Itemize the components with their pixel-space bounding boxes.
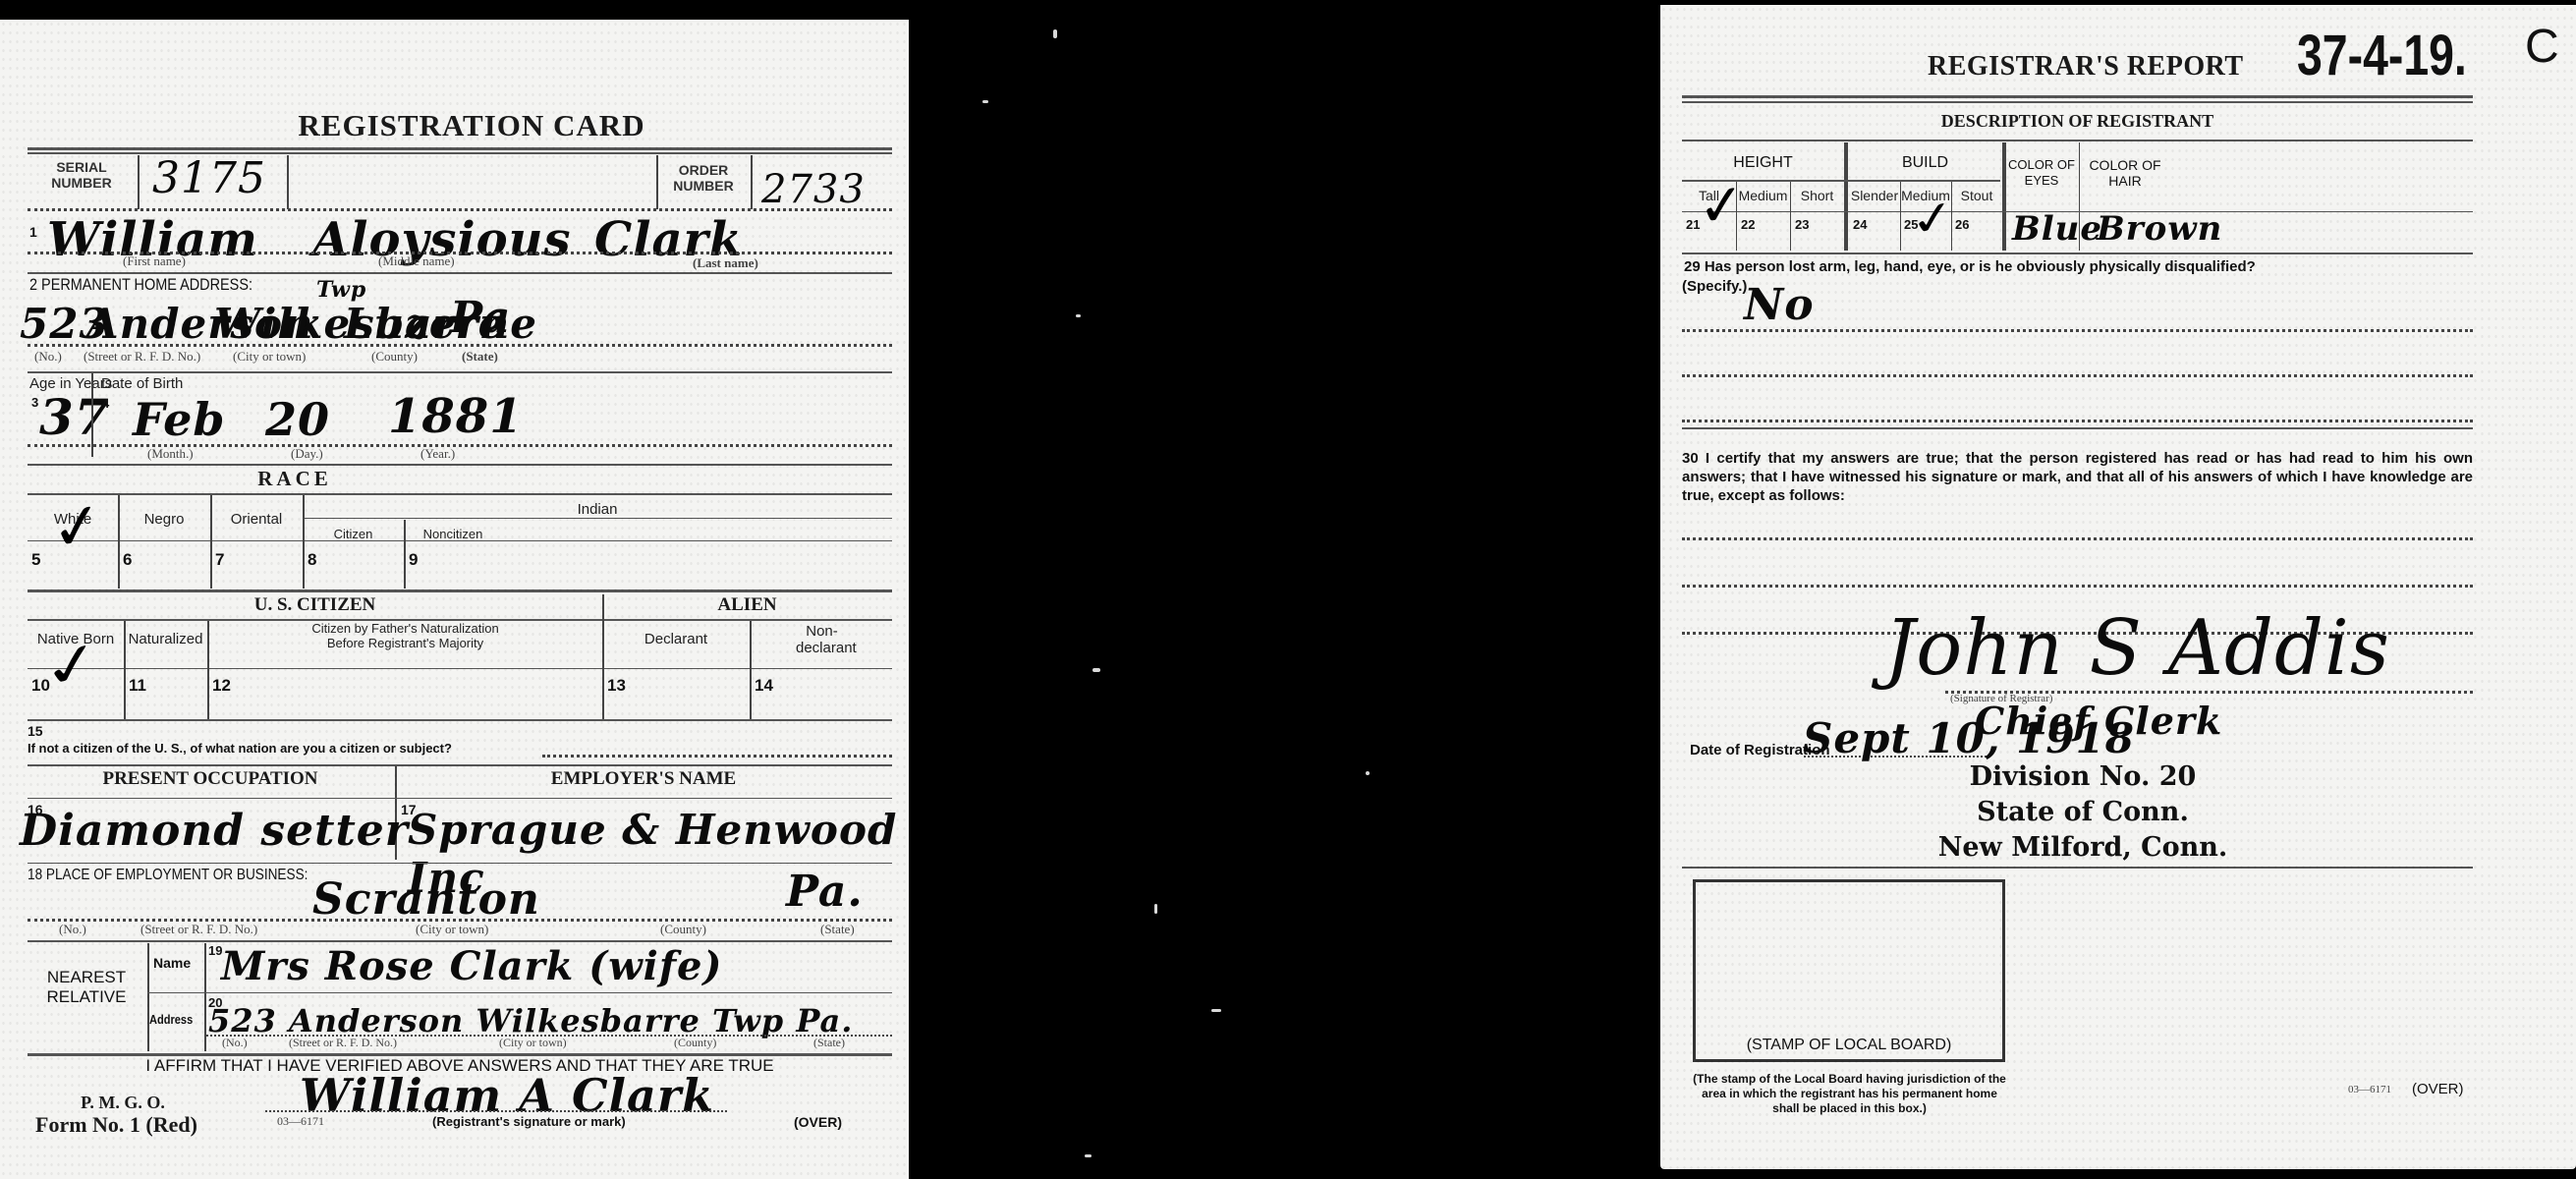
item-number-12: 12 [212, 676, 231, 696]
item-number-3: 3 [31, 395, 38, 410]
scan-speck [1211, 1009, 1221, 1012]
race-indian-noncitizen-label: Noncitizen [404, 527, 502, 541]
relative-name-label: Name [153, 955, 191, 971]
date-of-birth-label: Date of Birth [101, 375, 183, 392]
home-address-label: 2 PERMANENT HOME ADDRESS: [29, 275, 252, 295]
item-number-4: 4 [102, 396, 109, 411]
birth-month-value: Feb [133, 393, 226, 446]
relative-county-label: (County) [674, 1036, 716, 1050]
declarant-label: Declarant [602, 631, 750, 647]
birth-year-value: 1881 [388, 389, 524, 444]
us-citizen-heading: U. S. CITIZEN [28, 594, 602, 616]
build-slender-label: Slender [1849, 188, 1900, 203]
relative-city-label: (City or town) [499, 1036, 567, 1050]
item-number-24: 24 [1853, 217, 1867, 232]
address-street-label: (Street or R. F. D. No.) [84, 349, 200, 365]
birth-day-label: (Day.) [291, 446, 323, 462]
division-stamp-line-3: New Milford, Conn. [1896, 832, 2269, 863]
report-form-code: 03—6171 [2348, 1084, 2391, 1095]
middle-name-label: (Middle name) [378, 253, 455, 269]
place-county-label: (County) [660, 922, 706, 937]
item-number-6: 6 [123, 550, 132, 570]
relative-no-label: (No.) [222, 1036, 248, 1050]
naturalized-label: Naturalized [124, 631, 207, 647]
eye-color-heading: COLOR OF EYES [2006, 157, 2077, 189]
over-label: (OVER) [794, 1114, 842, 1130]
alien-heading: ALIEN [602, 594, 892, 616]
item-number-9: 9 [409, 550, 418, 570]
race-negro-label: Negro [118, 511, 210, 528]
date-of-registration-value: Sept 10, 1918 [1803, 714, 2135, 762]
serial-label-line-1: SERIAL [28, 159, 136, 175]
age-value: 37 [39, 388, 110, 446]
item-number-5: 5 [31, 550, 40, 570]
height-short-label: Short [1790, 188, 1844, 203]
report-over-label: (OVER) [2412, 1081, 2464, 1097]
place-city-value: Scranton [312, 874, 540, 925]
stamp-box-label: (STAMP OF LOCAL BOARD) [1693, 1037, 2005, 1054]
card-title: REGISTRATION CARD [285, 108, 658, 143]
registrar-signature: John S Addis [1884, 604, 2390, 693]
height-tall-checkmark-icon: ✓ [1695, 170, 1748, 241]
relative-street-label: (Street or R. F. D. No.) [289, 1036, 397, 1050]
report-stamp-number: 37-4-19. [2297, 23, 2467, 88]
first-name-label: (First name) [123, 253, 186, 269]
question-29-text: 29 Has person lost arm, leg, hand, eye, … [1684, 258, 2460, 275]
scan-speck [1366, 771, 1370, 775]
item-number-23: 23 [1795, 217, 1809, 232]
build-heading: BUILD [1849, 154, 2001, 172]
place-no-label: (No.) [59, 922, 86, 937]
race-indian-label: Indian [303, 501, 892, 518]
place-state-label: (State) [820, 922, 855, 937]
birth-day-value: 20 [265, 393, 330, 446]
order-label-line-1: ORDER [658, 162, 749, 178]
pmgo-label: P. M. G. O. [29, 1093, 216, 1113]
scan-speck [1076, 314, 1081, 317]
race-indian-citizen-label: Citizen [303, 527, 404, 541]
citizen-by-father-label: Citizen by Father's Naturalization Befor… [211, 621, 599, 650]
birth-month-label: (Month.) [147, 446, 194, 462]
height-heading: HEIGHT [1682, 154, 1844, 172]
scan-speck [1053, 29, 1057, 38]
division-stamp-line-1: Division No. 20 [1916, 761, 2250, 792]
address-state-value: Pa [450, 293, 511, 343]
place-state-value: Pa. [786, 867, 864, 917]
build-stout-label: Stout [1951, 188, 2002, 203]
division-stamp-line-2: State of Conn. [1916, 797, 2250, 827]
place-street-label: (Street or R. F. D. No.) [140, 922, 257, 937]
hair-color-heading: COLOR OF HAIR [2081, 157, 2169, 189]
eye-color-value: Blue [2012, 209, 2102, 249]
place-of-employment-label: 18 PLACE OF EMPLOYMENT OR BUSINESS: [28, 867, 308, 884]
report-title: REGISTRAR'S REPORT [1928, 51, 2244, 83]
birth-year-label: (Year.) [420, 446, 455, 462]
nearest-relative-label: NEAREST RELATIVE [28, 968, 145, 1007]
last-name-label: (Last name) [693, 255, 758, 271]
occupation-heading: PRESENT OCCUPATION [28, 768, 393, 790]
form-number-label: Form No. 1 (Red) [35, 1112, 197, 1138]
description-heading: DESCRIPTION OF REGISTRANT [1682, 111, 2473, 132]
non-declarant-label: Non-declarant [752, 623, 892, 656]
relative-name-value: Mrs Rose Clark (wife) [221, 943, 722, 989]
scan-speck [1154, 904, 1157, 914]
corner-letter: C [2525, 20, 2559, 74]
item-number-15: 15 [28, 723, 43, 739]
race-white-checkmark-icon: ✓ [46, 488, 108, 568]
relative-state-label: (State) [813, 1036, 845, 1050]
order-number-value: 2733 [761, 167, 866, 212]
question-30-text: 30 I certify that my answers are true; t… [1682, 449, 2473, 505]
registration-card: REGISTRATION CARD SERIAL NUMBER 3175 ORD… [0, 20, 909, 1179]
item-number-13: 13 [607, 676, 626, 696]
signature-label: (Registrant's signature or mark) [432, 1114, 626, 1129]
address-county-label: (County) [371, 349, 418, 365]
item-number-7: 7 [215, 550, 224, 570]
serial-label-line-2: NUMBER [28, 175, 136, 191]
scan-speck [1085, 1154, 1092, 1157]
address-no-label: (No.) [34, 349, 62, 365]
scan-speck [1092, 668, 1100, 672]
item-number-1: 1 [29, 224, 37, 240]
race-oriental-label: Oriental [210, 511, 303, 528]
build-medium-checkmark-icon: ✓ [1906, 188, 1960, 248]
item-number-11: 11 [129, 676, 146, 696]
occupation-value: Diamond setter [20, 806, 409, 856]
nation-question-label: If not a citizen of the U. S., of what n… [28, 741, 452, 756]
order-label-line-2: NUMBER [658, 178, 749, 194]
serial-number-value: 3175 [152, 153, 266, 203]
question-29-answer: No [1744, 280, 1815, 330]
address-city-label: (City or town) [233, 349, 306, 365]
item-number-8: 8 [308, 550, 316, 570]
item-number-14: 14 [755, 676, 773, 696]
question-29-specify-label: (Specify.) [1682, 278, 1747, 295]
employer-heading: EMPLOYER'S NAME [395, 768, 892, 790]
order-number-label: ORDER NUMBER [658, 162, 749, 194]
local-board-stamp-box [1693, 879, 2005, 1062]
place-city-label: (City or town) [416, 922, 488, 937]
race-heading: RACE [226, 467, 364, 491]
scan-speck [982, 100, 988, 103]
relative-address-label: Address [149, 1012, 193, 1027]
form-code: 03—6171 [277, 1114, 324, 1129]
registrars-report-card: REGISTRAR'S REPORT 37-4-19. C DESCRIPTIO… [1660, 5, 2576, 1169]
address-state-label: (State) [462, 349, 498, 365]
serial-number-label: SERIAL NUMBER [28, 159, 136, 191]
hair-color-value: Brown [2097, 209, 2222, 249]
stamp-note: (The stamp of the Local Board having jur… [1690, 1072, 2009, 1116]
